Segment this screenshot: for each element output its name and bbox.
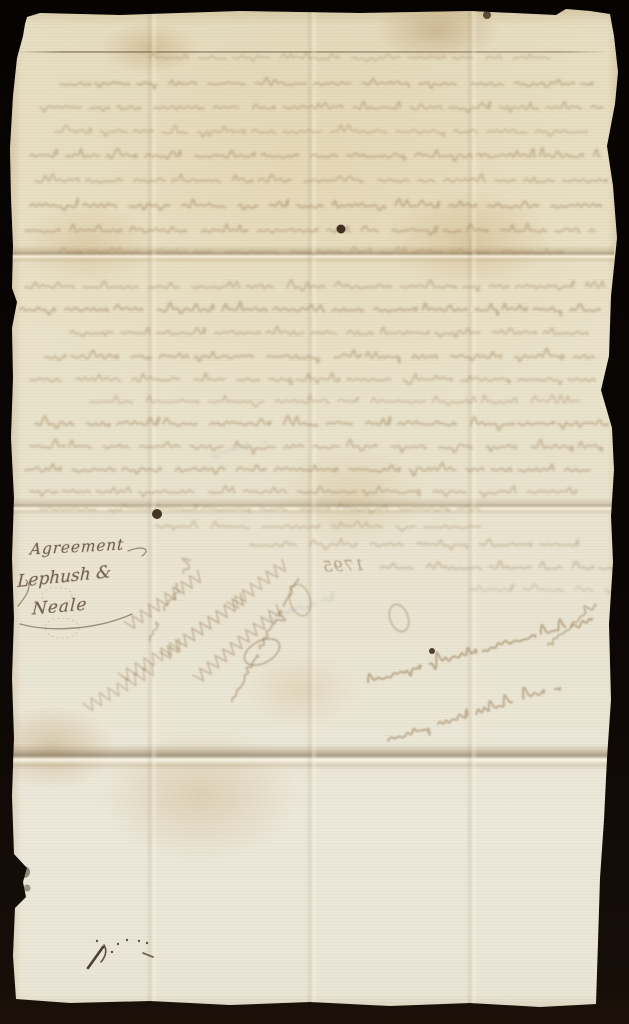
signature-bleedthrough [82,558,595,741]
document-paper: Agreement Lephush & Neale 1795 [0,0,629,1024]
ink-bleed-layer [0,0,629,1024]
photograph: Agreement Lephush & Neale 1795 [0,0,629,1024]
ghost-ink-marks [210,442,333,623]
mirrored-script-lines [20,53,617,594]
